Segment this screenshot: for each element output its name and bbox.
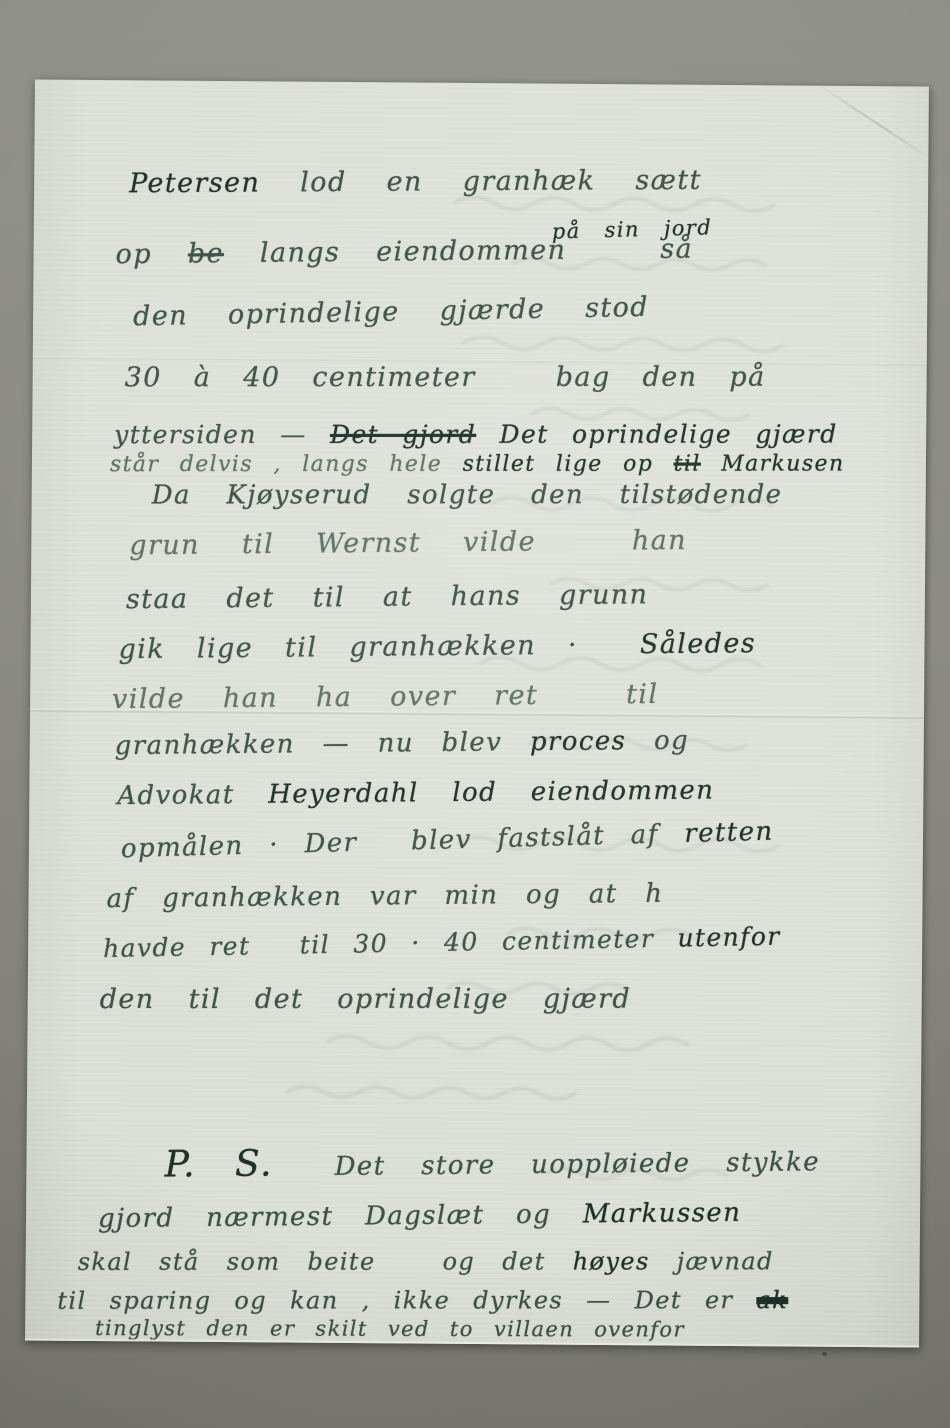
handwritten-line: af granhækken var min og at h <box>106 879 663 914</box>
handwritten-word: grun <box>129 530 200 562</box>
handwritten-word: P. S. <box>164 1142 273 1186</box>
handwritten-word: à <box>194 362 212 393</box>
handwritten-line: granhækken — nu blev proces og <box>115 726 690 762</box>
handwritten-word: sætt <box>635 165 702 196</box>
handwritten-word: Det <box>635 1286 682 1314</box>
handwritten-line: yttersiden — Det gjord Det oprindelige g… <box>114 420 838 450</box>
handwritten-word: og <box>234 1287 267 1315</box>
handwritten-word: Det gjord <box>330 420 476 449</box>
handwritten-word: · <box>568 630 578 661</box>
handwritten-word: stykke <box>726 1147 820 1178</box>
handwritten-word: centimeter <box>312 362 475 393</box>
handwritten-word: to <box>450 1317 474 1341</box>
handwritten-word: beite <box>307 1248 375 1276</box>
handwritten-word: gjord <box>98 1203 175 1234</box>
handwritten-line: den til det oprindelige gjærd <box>100 984 631 1015</box>
handwritten-word: til <box>189 984 221 1015</box>
handwritten-word: min <box>444 880 498 911</box>
handwritten-word: gjærde <box>439 294 545 327</box>
handwritten-word: staa <box>126 584 189 616</box>
handwritten-line: gjord nærmest Dagslæt og Markussen <box>98 1198 742 1234</box>
handwritten-word: eiendommen <box>531 775 715 807</box>
handwritten-word: Markusen <box>721 451 844 476</box>
handwritten-word: så <box>660 234 693 265</box>
handwritten-word: villaen <box>494 1317 574 1341</box>
handwritten-word: skilt <box>315 1317 367 1341</box>
handwritten-word: det <box>502 1247 545 1275</box>
handwritten-word: ret <box>494 680 538 711</box>
handwritten-word: af <box>106 884 134 914</box>
handwritten-word: nu <box>377 728 414 758</box>
handwritten-word: oprindelige <box>337 984 509 1015</box>
handwritten-word: nærmest <box>206 1202 334 1233</box>
handwritten-line: tinglyst den er skilt ved to villaen ove… <box>95 1316 685 1342</box>
handwritten-word: vilde <box>112 683 185 715</box>
handwritten-letter-page: Petersen lod en granhæk sætt på sin jord… <box>25 80 929 1348</box>
handwritten-line: opmålen · Der blev fastslåt af retten <box>121 817 774 865</box>
handwritten-word: høyes <box>573 1247 650 1275</box>
handwritten-word: granhækken <box>349 630 536 663</box>
handwritten-word: til <box>299 930 330 960</box>
handwritten-line: staa det til at hans grunn <box>126 579 649 615</box>
handwritten-word: hans <box>451 580 522 612</box>
handwritten-word: som <box>227 1248 281 1276</box>
handwritten-word: står <box>110 452 159 477</box>
handwritten-word: h <box>645 879 663 909</box>
handwritten-line: skal stå som beite og det høyes jævnad <box>78 1247 774 1276</box>
handwritten-word: blev <box>441 727 502 758</box>
handwritten-word: stå <box>159 1248 200 1276</box>
handwritten-word: den <box>531 480 584 510</box>
handwritten-word: Da <box>152 480 191 510</box>
handwritten-word: en <box>386 166 422 197</box>
handwritten-word: af <box>630 820 659 851</box>
handwritten-word: til <box>674 452 701 477</box>
handwritten-word: gik <box>118 634 165 665</box>
handwritten-word: langs <box>302 452 369 477</box>
handwritten-word: lod <box>300 167 347 198</box>
handwritten-word: dyrkes <box>473 1286 563 1314</box>
handwritten-word: store <box>421 1150 496 1181</box>
handwritten-word: er <box>270 1316 295 1340</box>
handwritten-word: til <box>57 1287 86 1315</box>
handwritten-word: ret <box>209 931 251 961</box>
handwritten-word: proces <box>530 726 627 757</box>
handwritten-word: den <box>100 984 155 1015</box>
handwritten-word: 30 · 40 centimeter <box>353 924 654 959</box>
handwritten-word: Heyerdahl <box>268 778 419 809</box>
handwritten-word: retten <box>684 817 774 849</box>
handwritten-word: oprindelige <box>572 420 732 449</box>
handwritten-word: · <box>269 830 279 860</box>
handwritten-word: Advokat <box>117 780 235 811</box>
handwritten-word: til <box>626 679 659 710</box>
handwritten-line: Advokat Heyerdahl lod eiendommen <box>117 775 714 811</box>
handwritten-word: grunn <box>559 579 649 611</box>
handwritten-word: han <box>223 683 278 715</box>
handwritten-word: ved <box>388 1317 430 1341</box>
handwritten-word: Dagslæt <box>365 1200 485 1231</box>
handwritten-word: det <box>226 583 275 614</box>
handwritten-word: vilde <box>463 526 536 558</box>
handwriting-layer: Petersen lod en granhæk sætt på sin jord… <box>25 80 929 1346</box>
handwritten-word: yttersiden <box>114 420 257 449</box>
handwritten-word: hele <box>389 452 442 477</box>
handwritten-word: at <box>589 879 618 909</box>
handwritten-line: havde ret til 30 · 40 centimeter utenfor <box>103 922 781 963</box>
handwritten-line: 30 à 40 centimeter bag den på <box>125 362 766 394</box>
handwritten-word: og <box>526 880 561 910</box>
handwritten-word: bag <box>556 362 611 393</box>
handwritten-word: til <box>285 632 318 663</box>
photographed-document-scene: Petersen lod en granhæk sætt på sin jord… <box>0 0 950 1428</box>
handwritten-word: til <box>242 529 275 560</box>
handwritten-word: solgte <box>407 480 495 510</box>
handwritten-word: den <box>206 1316 250 1340</box>
handwritten-word: skal <box>78 1248 132 1276</box>
handwritten-line: vilde han ha over ret til <box>112 679 659 715</box>
handwritten-word: Markussen <box>583 1198 742 1230</box>
handwritten-word: op <box>623 452 653 477</box>
handwritten-line: Petersen lod en granhæk sætt <box>129 165 702 199</box>
handwritten-word: ak <box>756 1286 788 1314</box>
handwritten-line: den oprindelige gjærde stod <box>133 292 649 332</box>
handwritten-word: granhækken <box>162 882 342 914</box>
handwritten-word: det <box>255 984 303 1015</box>
handwritten-word: — <box>280 420 306 449</box>
handwritten-word: opmålen <box>121 831 244 864</box>
handwritten-word: oprindelige <box>228 296 400 330</box>
handwritten-line: op be langs eiendommen så <box>115 234 693 271</box>
handwritten-word: , <box>273 452 281 477</box>
handwritten-word: — <box>322 729 350 759</box>
handwritten-word: tilstødende <box>620 480 783 510</box>
handwritten-word: var <box>370 881 417 911</box>
handwritten-line: til sparing og kan , ikke dyrkes — Det e… <box>57 1286 788 1315</box>
handwritten-word: lige <box>556 452 603 477</box>
handwritten-word: 30 <box>125 362 162 393</box>
handwritten-word: uoppløiede <box>531 1149 691 1181</box>
handwritten-line: står delvis , langs hele stillet lige op… <box>110 451 845 477</box>
background-speck <box>822 1352 827 1356</box>
handwritten-word: Der <box>304 828 358 859</box>
handwritten-word: Det <box>500 420 549 449</box>
handwritten-word: sparing <box>110 1287 212 1315</box>
handwritten-word: han <box>632 525 687 557</box>
handwritten-word: Det <box>334 1151 385 1181</box>
handwritten-word: og <box>654 726 689 756</box>
handwritten-word: ha <box>316 682 353 713</box>
handwritten-word: den <box>133 300 188 332</box>
handwritten-word: den <box>643 362 698 393</box>
handwritten-word: er <box>705 1286 734 1314</box>
handwritten-word: Kjøyserud <box>227 480 372 510</box>
handwritten-line: grun til Wernst vilde han <box>129 525 687 561</box>
handwritten-word: stod <box>585 292 649 324</box>
handwritten-word: kan , <box>290 1286 371 1314</box>
handwritten-word: eiendommen <box>376 235 566 268</box>
handwritten-line: gik lige til granhækken · Således <box>118 628 756 665</box>
handwritten-word: at <box>383 581 413 612</box>
handwritten-word: lod <box>452 778 497 808</box>
handwritten-word: ikke <box>394 1286 451 1314</box>
handwritten-word: 40 <box>243 362 280 393</box>
handwritten-word: Wernst <box>316 527 421 559</box>
handwritten-word: på <box>729 362 765 393</box>
handwritten-word: ovenfor <box>594 1317 685 1341</box>
handwritten-word: Petersen <box>129 167 260 199</box>
handwritten-word: lige <box>197 633 253 665</box>
handwritten-word: utenfor <box>677 922 781 953</box>
handwritten-word: granhæk <box>463 165 596 197</box>
handwritten-word: — <box>586 1286 611 1314</box>
handwritten-line: P. S. Det store uoppløiede stykke <box>164 1136 820 1185</box>
handwritten-word: be <box>188 238 224 269</box>
handwritten-word: og <box>516 1200 551 1230</box>
handwritten-word: til <box>313 582 346 613</box>
handwritten-word: stillet <box>463 452 536 477</box>
handwritten-word: granhækken <box>115 729 295 761</box>
handwritten-word: havde <box>103 933 186 964</box>
handwritten-word: jævnad <box>677 1247 774 1275</box>
handwritten-word: tinglyst <box>95 1316 186 1340</box>
handwritten-word: langs <box>260 237 341 269</box>
handwritten-word: fastslåt <box>497 821 606 854</box>
handwritten-word: delvis <box>180 452 253 477</box>
handwritten-word: og <box>443 1248 476 1276</box>
handwritten-word: gjærd <box>755 420 837 449</box>
handwritten-word: gjærd <box>543 984 631 1015</box>
handwritten-line: Da Kjøyserud solgte den tilstødende <box>152 480 783 511</box>
handwritten-word: Således <box>640 628 756 660</box>
handwritten-word: blev <box>411 825 472 857</box>
handwritten-word: over <box>390 681 456 713</box>
handwritten-word: op <box>115 239 152 270</box>
